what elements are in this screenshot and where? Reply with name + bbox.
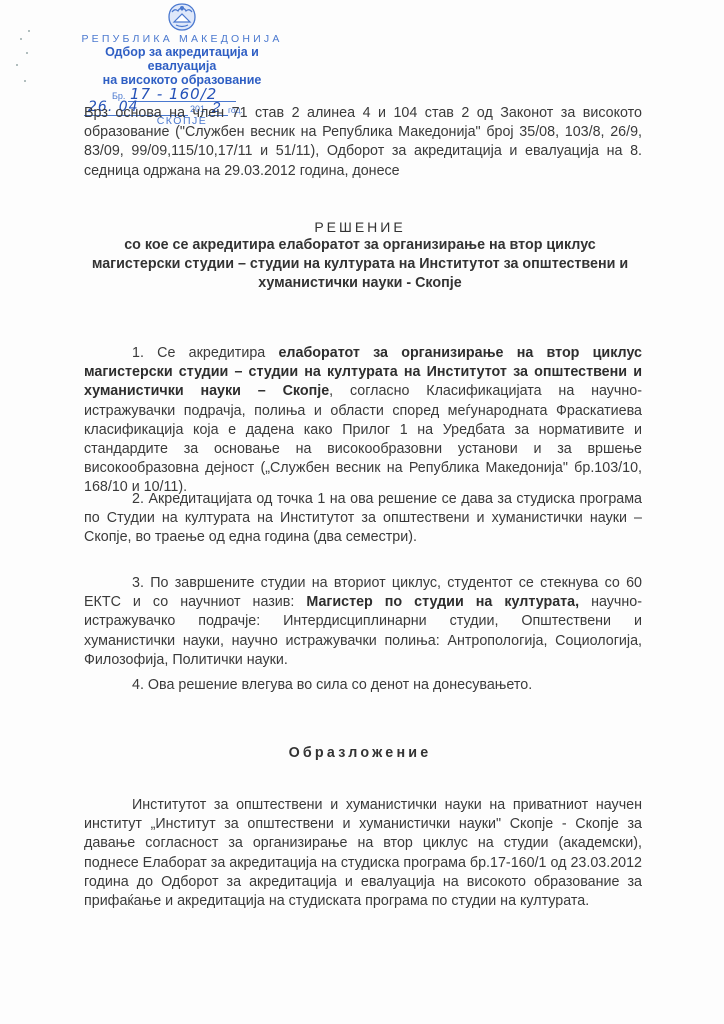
- item-lead: Се акредитира: [157, 345, 278, 361]
- stamp-country: РЕПУБЛИКА МАКЕДОНИЈА: [72, 33, 292, 45]
- item-text: Акредитацијата од точка 1 на ова решение…: [84, 491, 642, 545]
- item-rest: , согласно Класификацијата на научно-ист…: [84, 383, 642, 495]
- document-page: РЕПУБЛИКА МАКЕДОНИЈА Одбор за акредитаци…: [0, 0, 724, 1024]
- item-number: 4.: [132, 677, 144, 693]
- item-number: 1.: [132, 345, 144, 361]
- stamp-body-line1: Одбор за акредитација и евалуација: [72, 45, 292, 73]
- item-number: 2.: [132, 491, 144, 507]
- scan-specks: [14, 30, 34, 90]
- decision-subtitle: со кое се акредитира елаборатот за орган…: [80, 236, 640, 293]
- reasoning-paragraph: Институтот за општествени и хуманистички…: [84, 796, 642, 911]
- decision-item-1: 1. Се акредитира елаборатот за организир…: [84, 344, 642, 498]
- decision-item-3: 3. По завршените студии на вториот циклу…: [84, 574, 642, 670]
- decision-item-4: 4. Ова решение влегува во сила со денот …: [84, 676, 642, 695]
- macedonia-coat-of-arms-icon: [165, 2, 199, 32]
- decision-item-2: 2. Акредитацијата од точка 1 на ова реше…: [84, 490, 642, 548]
- reasoning-heading: Образложение: [80, 745, 640, 761]
- reasoning-text: Институтот за општествени и хуманистички…: [84, 797, 642, 909]
- item-text: Ова решение влегува во сила со денот на …: [148, 677, 532, 693]
- item-number: 3.: [132, 575, 144, 591]
- decision-title-block: РЕШЕНИЕ со кое се акредитира елаборатот …: [80, 219, 640, 293]
- intro-paragraph: Врз основа на член 71 став 2 алинеа 4 и …: [84, 104, 642, 181]
- decision-title: РЕШЕНИЕ: [80, 219, 640, 236]
- item-bold: Магистер по студии на културата,: [306, 594, 579, 610]
